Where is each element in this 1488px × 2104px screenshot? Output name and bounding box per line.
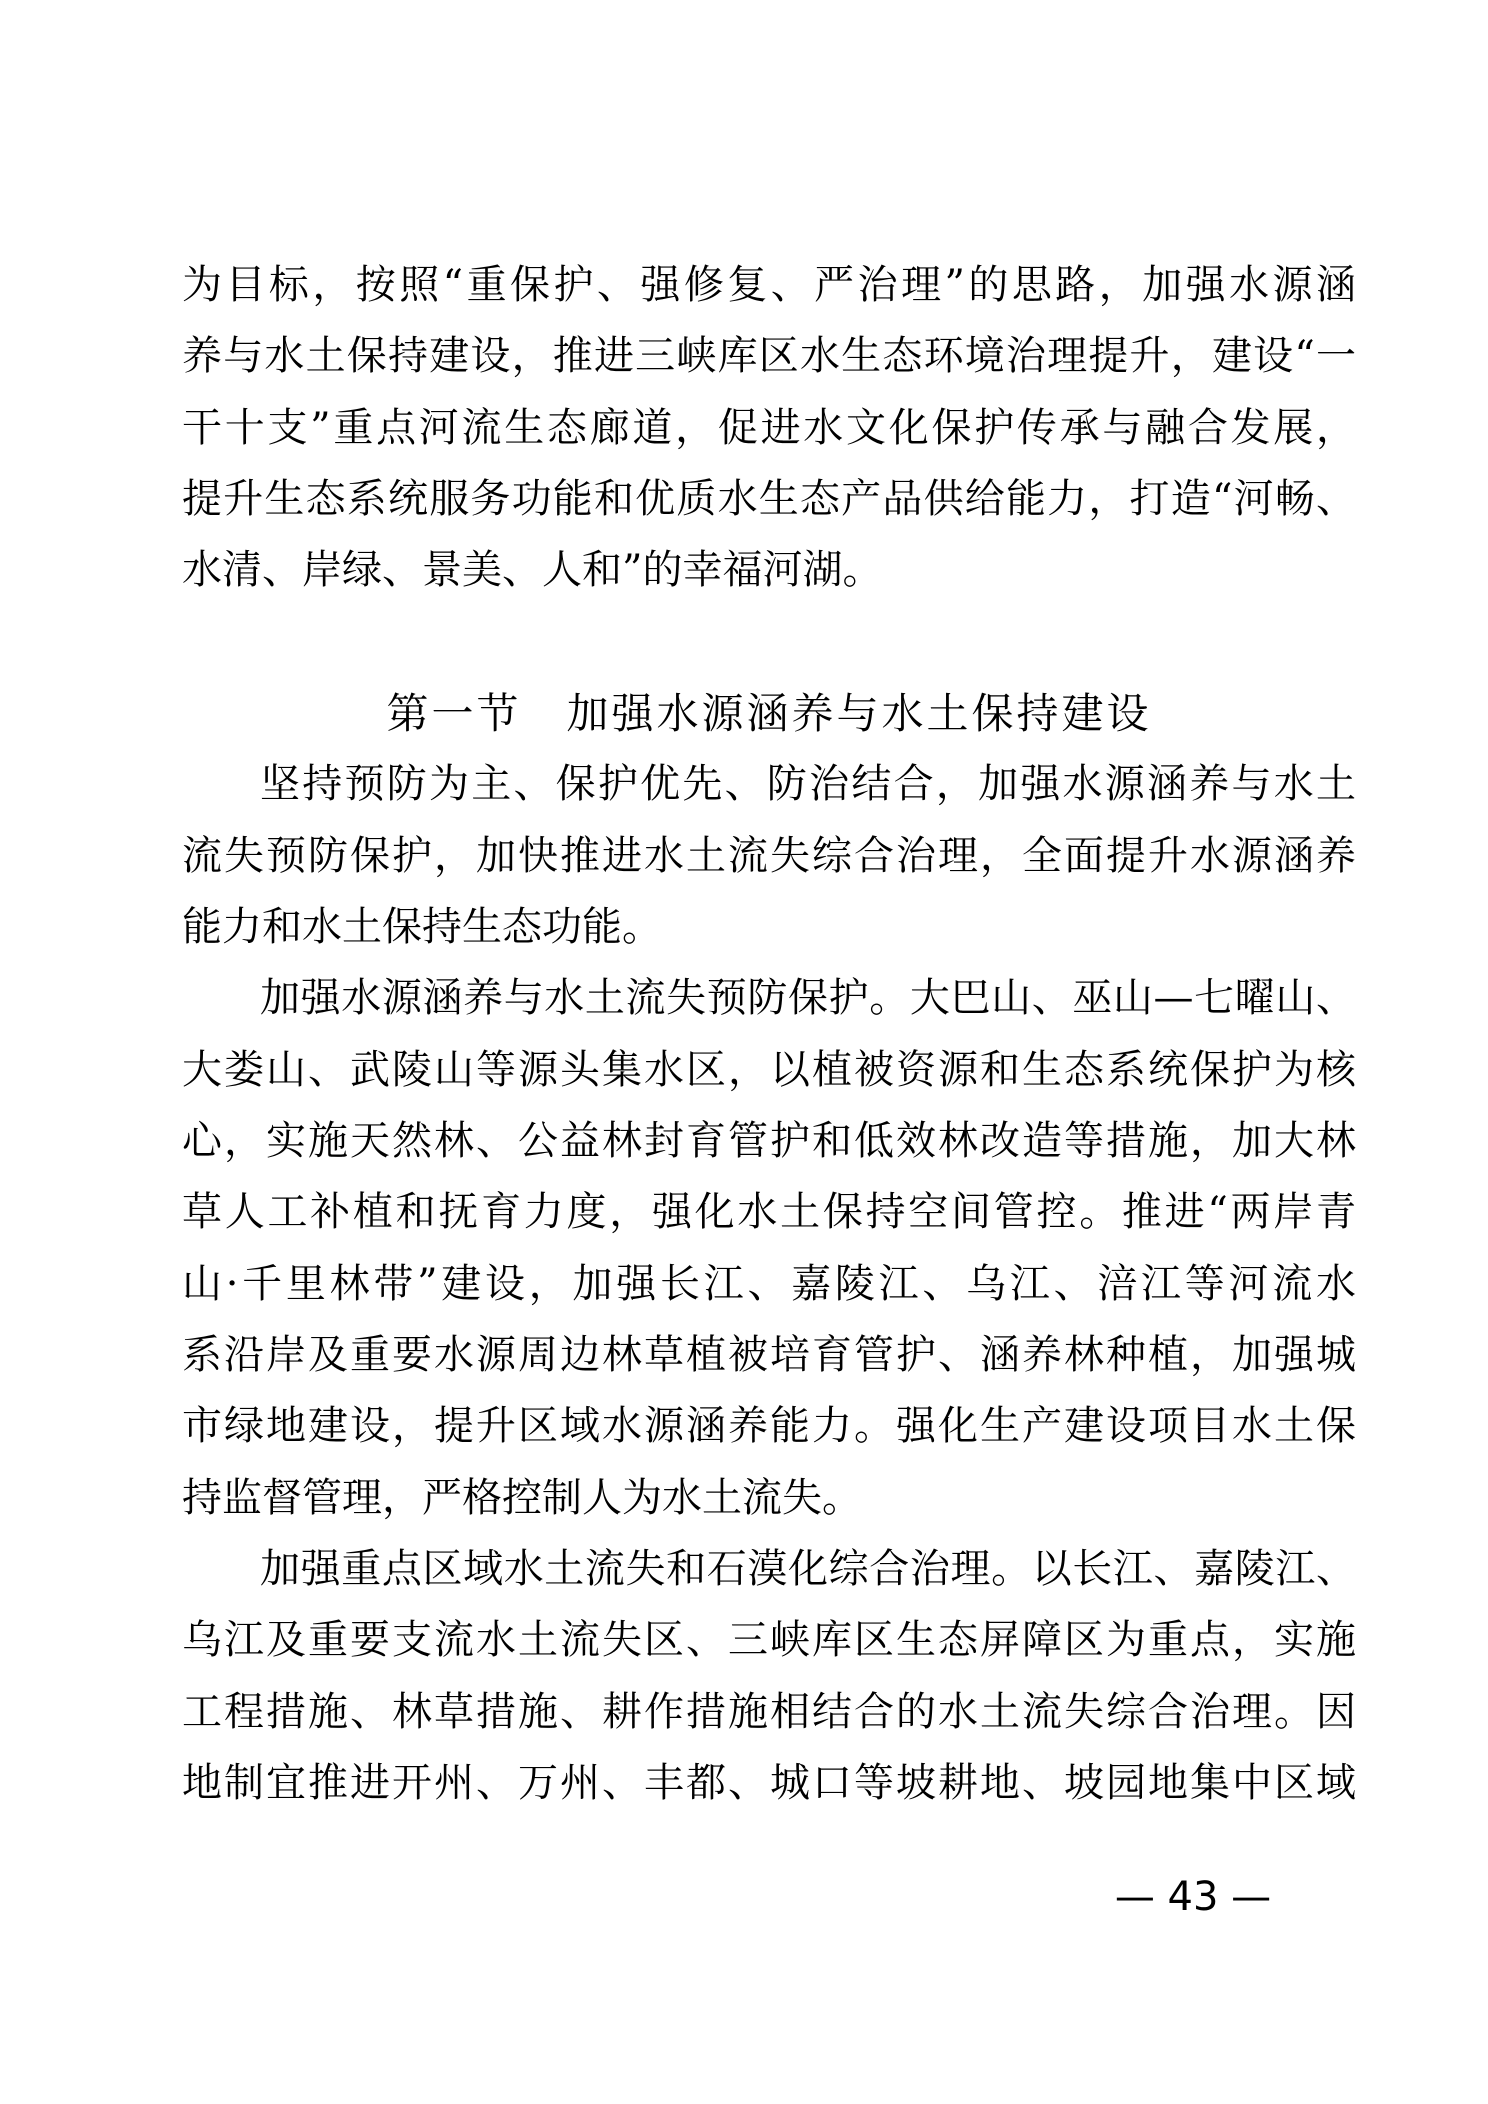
text-line: 系沿岸及重要水源周边林草植被培育管护、涵养林种植，加强城 — [182, 1320, 1356, 1391]
text-line: 工程措施、林草措施、耕作措施相结合的水土流失综合治理。因 — [182, 1677, 1356, 1748]
text-line: 地制宜推进开州、万州、丰都、城口等坡耕地、坡园地集中区域 — [182, 1748, 1356, 1819]
text-line: 心，实施天然林、公益林封育管护和低效林改造等措施，加大林 — [182, 1106, 1356, 1177]
paragraph: 为目标，按照“重保护、强修复、严治理”的思路，加强水源涵养与水土保持建设，推进三… — [182, 250, 1356, 607]
text-line: 市绿地建设，提升区域水源涵养能力。强化生产建设项目水土保 — [182, 1391, 1356, 1462]
page-number: — 43 — — [1043, 1872, 1343, 1922]
text-line: 持监督管理，严格控制人为水土流失。 — [182, 1463, 1356, 1534]
text-line: 山·千里林带”建设，加强长江、嘉陵江、乌江、涪江等河流水 — [182, 1249, 1356, 1320]
paragraph: 加强重点区域水土流失和石漠化综合治理。以长江、嘉陵江、乌江及重要支流水土流失区、… — [182, 1534, 1356, 1819]
text-line: 草人工补植和抚育力度，强化水土保持空间管控。推进“两岸青 — [182, 1177, 1356, 1248]
text-line: 干十支”重点河流生态廊道，促进水文化保护传承与融合发展， — [182, 393, 1356, 464]
text-area: 为目标，按照“重保护、强修复、严治理”的思路，加强水源涵养与水土保持建设，推进三… — [182, 250, 1356, 1819]
text-line: 大娄山、武陵山等源头集水区，以植被资源和生态系统保护为核 — [182, 1035, 1356, 1106]
text-line: 为目标，按照“重保护、强修复、严治理”的思路，加强水源涵 — [182, 250, 1356, 321]
text-line: 提升生态系统服务功能和优质水生态产品供给能力，打造“河畅、 — [182, 464, 1356, 535]
document-page: 为目标，按照“重保护、强修复、严治理”的思路，加强水源涵养与水土保持建设，推进三… — [0, 0, 1488, 2104]
paragraph: 加强水源涵养与水土流失预防保护。大巴山、巫山—七曜山、大娄山、武陵山等源头集水区… — [182, 963, 1356, 1534]
text-line: 流失预防保护，加快推进水土流失综合治理，全面提升水源涵养 — [182, 821, 1356, 892]
text-line: 养与水土保持建设，推进三峡库区水生态环境治理提升，建设“一 — [182, 321, 1356, 392]
section-heading: 第一节 加强水源涵养与水土保持建设 — [182, 678, 1356, 749]
text-line: 水清、岸绿、景美、人和”的幸福河湖。 — [182, 535, 1356, 606]
text-line: 加强重点区域水土流失和石漠化综合治理。以长江、嘉陵江、 — [182, 1534, 1356, 1605]
paragraph: 坚持预防为主、保护优先、防治结合，加强水源涵养与水土流失预防保护，加快推进水土流… — [182, 749, 1356, 963]
text-line: 坚持预防为主、保护优先、防治结合，加强水源涵养与水土 — [182, 749, 1356, 820]
text-line: 乌江及重要支流水土流失区、三峡库区生态屏障区为重点，实施 — [182, 1605, 1356, 1676]
text-line: 能力和水土保持生态功能。 — [182, 892, 1356, 963]
text-line: 加强水源涵养与水土流失预防保护。大巴山、巫山—七曜山、 — [182, 963, 1356, 1034]
